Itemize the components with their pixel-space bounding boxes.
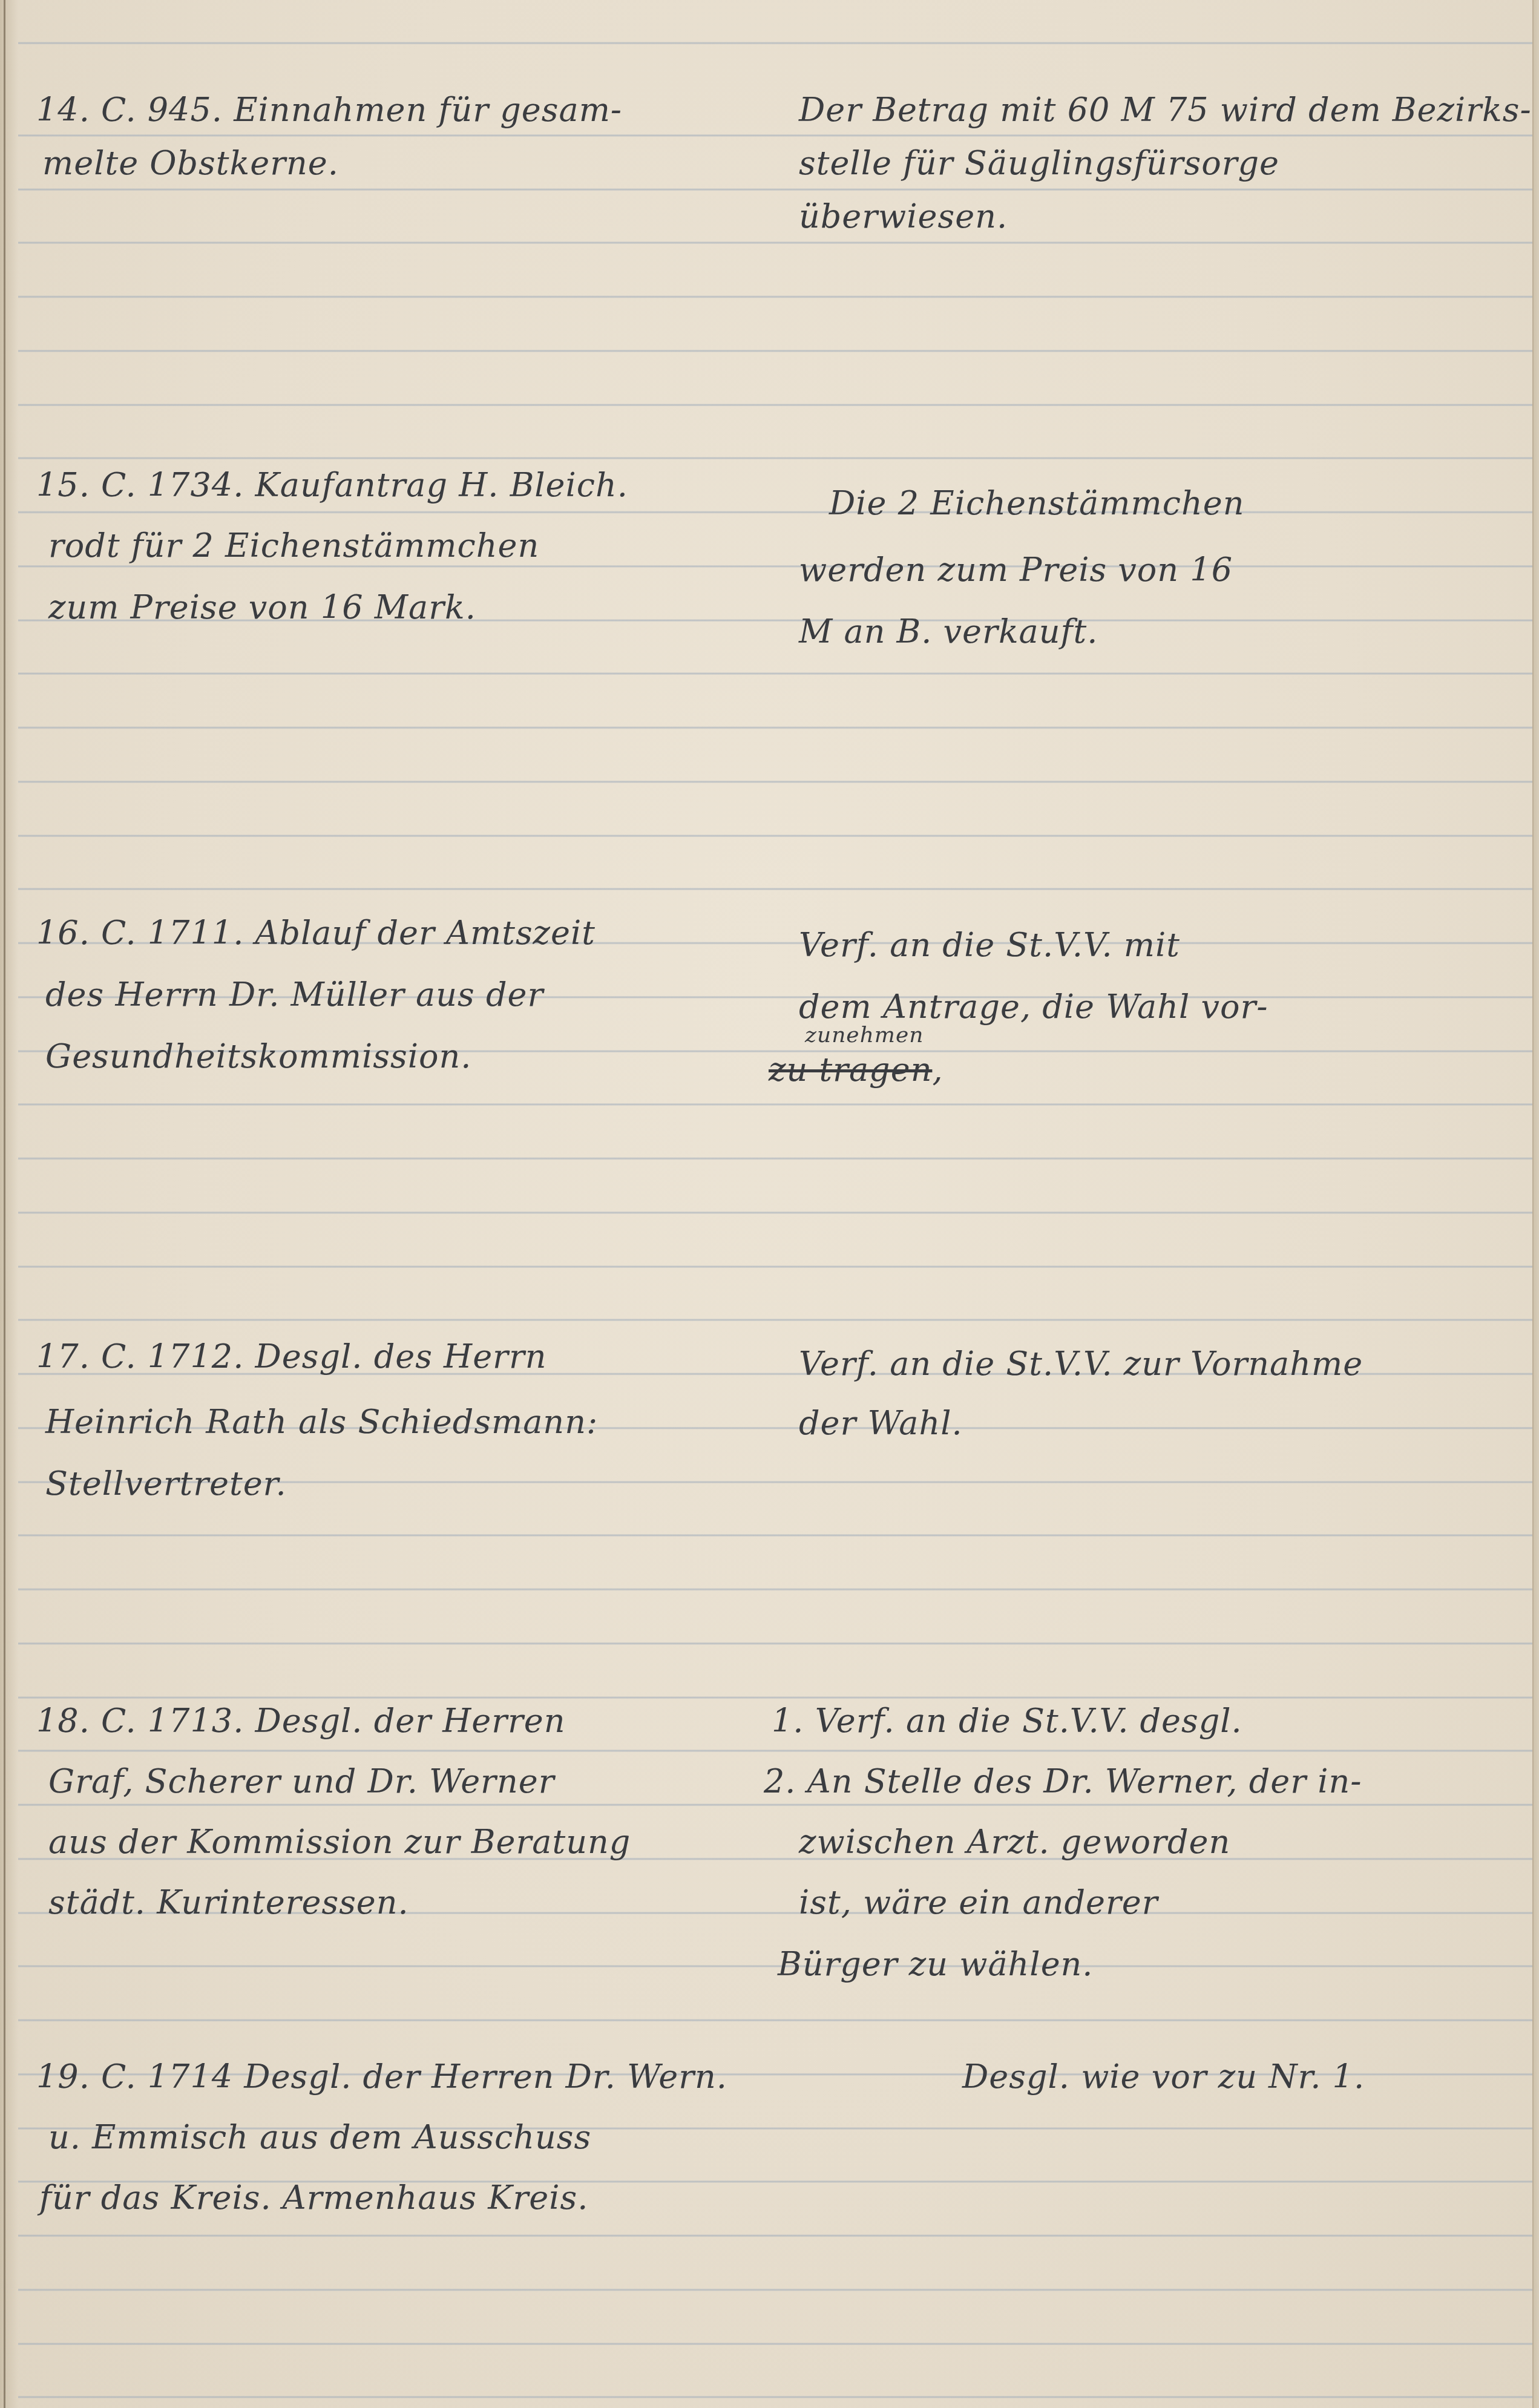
entry-decision-line: werden zum Preis von 16 — [799, 551, 1233, 589]
entry-matter-line: Gesundheitskommission. — [45, 1037, 471, 1075]
entry-matter-line: melte Obstkerne. — [42, 144, 339, 182]
entry-decision-line: Die 2 Eichenstämmchen — [829, 484, 1244, 522]
entry-matter-line: zum Preise von 16 Mark. — [48, 588, 476, 626]
entry-matter-line: u. Emmisch aus dem Ausschuss — [48, 2118, 591, 2156]
entry-decision-line: zu tragen, — [769, 1051, 943, 1089]
entry-decision-line: ist, wäre ein anderer — [799, 1883, 1158, 1921]
struck-text: zu tragen — [769, 1051, 932, 1089]
entry-matter-line: städt. Kurinteressen. — [48, 1883, 409, 1921]
entry-matter-line: des Herrn Dr. Müller aus der — [45, 976, 543, 1014]
entry-matter-line: 18. C. 1713. Desgl. der Herren — [36, 1702, 566, 1740]
entry-matter-line: 17. C. 1712. Desgl. des Herrn — [36, 1337, 547, 1376]
entry-decision-line: zwischen Arzt. geworden — [799, 1823, 1230, 1861]
page-edge — [1532, 0, 1539, 2408]
entry-decision-line: der Wahl. — [799, 1404, 963, 1442]
entry-matter-line: 16. C. 1711. Ablauf der Amtszeit — [36, 914, 596, 952]
entry-decision-line: 1. Verf. an die St.V.V. desgl. — [772, 1702, 1242, 1740]
entry-matter-line: Graf, Scherer und Dr. Werner — [48, 1762, 554, 1800]
entry-decision-line: Der Betrag mit 60 M 75 wird dem Bezirks- — [799, 91, 1532, 129]
entry-decision-insertion: zunehmen — [805, 1023, 924, 1048]
entry-decision-line: Desgl. wie vor zu Nr. 1. — [962, 2058, 1365, 2096]
entry-decision-line: Verf. an die St.V.V. zur Vornahme — [799, 1345, 1363, 1383]
entry-matter-line: Stellvertreter. — [45, 1465, 287, 1503]
entry-decision-line: Bürger zu wählen. — [778, 1945, 1094, 1983]
entry-decision-line: M an B. verkauft. — [799, 612, 1098, 651]
ledger-page: 14. C. 945. Einnahmen für gesam- melte O… — [0, 0, 1539, 2408]
entry-matter-line: 14. C. 945. Einnahmen für gesam- — [36, 91, 622, 129]
entry-matter-line: 15. C. 1734. Kaufantrag H. Bleich. — [36, 466, 628, 504]
entry-matter-line: rodt für 2 Eichenstämmchen — [48, 527, 539, 565]
entry-matter-line: für das Kreis. Armenhaus Kreis. — [39, 2179, 588, 2217]
entry-decision-line: dem Antrage, die Wahl vor- — [799, 988, 1268, 1026]
binding-margin-line — [4, 0, 5, 2408]
entry-matter-line: 19. C. 1714 Desgl. der Herren Dr. Wern. — [36, 2058, 727, 2096]
punctuation: , — [932, 1051, 943, 1089]
entry-matter-line: aus der Kommission zur Beratung — [48, 1823, 631, 1861]
ruled-lines — [18, 0, 1534, 2408]
entry-matter-line: Heinrich Rath als Schiedsmann: — [45, 1403, 598, 1441]
entry-decision-line: überwiesen. — [799, 197, 1008, 235]
entry-decision-line: Verf. an die St.V.V. mit — [799, 926, 1180, 964]
binding-shadow — [0, 0, 18, 2408]
entry-decision-line: stelle für Säuglingsfürsorge — [799, 144, 1279, 182]
entry-decision-line: 2. An Stelle des Dr. Werner, der in- — [764, 1762, 1362, 1800]
